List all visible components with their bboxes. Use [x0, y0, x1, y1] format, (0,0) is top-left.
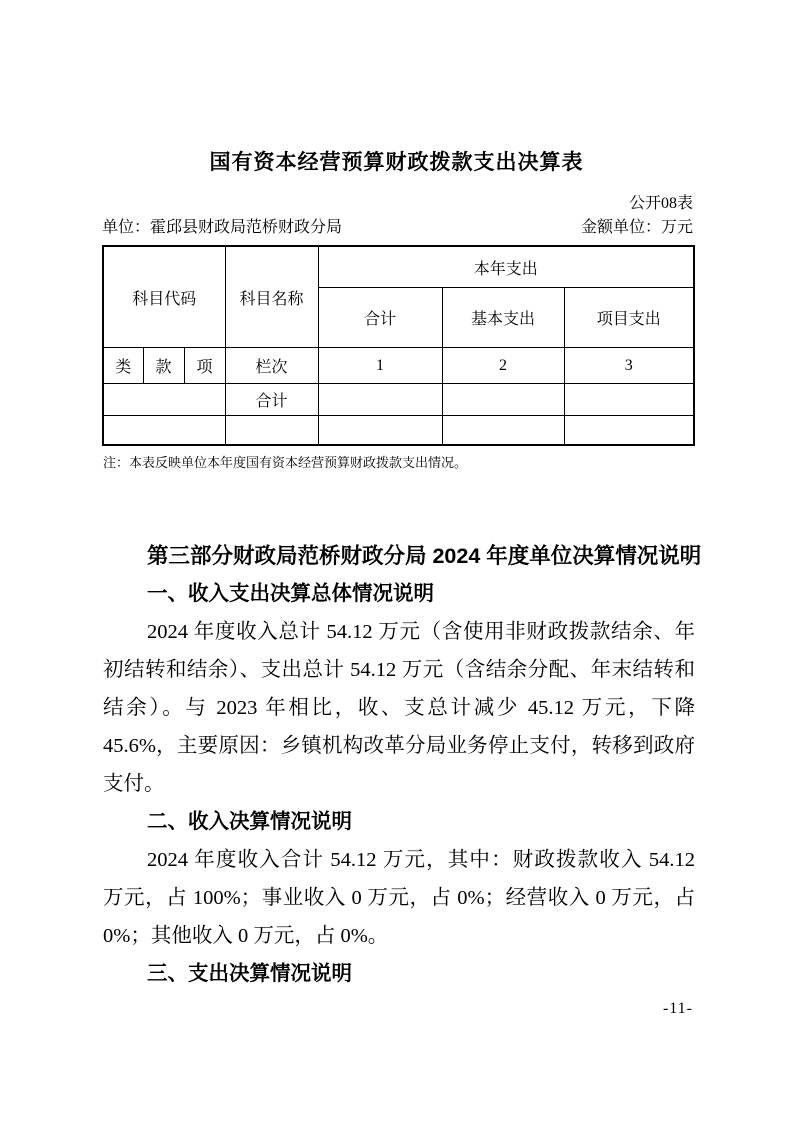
cell-row-total	[318, 416, 442, 446]
header-cell-total: 合计	[318, 288, 442, 348]
cell-col-no-1: 1	[318, 348, 442, 384]
page-number: -11-	[663, 1000, 693, 1018]
cell-col-no-3: 3	[564, 348, 694, 384]
table-row-total: 合计	[103, 384, 694, 416]
table-footnote: 注：本表反映单位本年度国有资本经营预算财政拨款支出情况。	[103, 452, 693, 471]
narrative-section: 第三部分财政局范桥财政分局 2024 年度单位决算情况说明 一、收入支出决算总体…	[103, 537, 695, 993]
table-column-index-row: 类 款 项 栏次 1 2 3	[103, 348, 694, 384]
table-row-empty	[103, 416, 694, 446]
header-cell-subject-name: 科目名称	[225, 246, 318, 348]
document-title: 国有资本经营预算财政拨款支出决算表	[0, 146, 793, 176]
cell-row-basic	[442, 384, 564, 416]
section1-paragraph: 2024 年度收入总计 54.12 万元（含使用非财政拨款结余、年初结转和结余）…	[103, 613, 695, 803]
cell-code-section: 款	[143, 348, 184, 384]
cell-row-name	[225, 416, 318, 446]
header-cell-project-expenditure: 项目支出	[564, 288, 694, 348]
cell-code-class: 类	[103, 348, 143, 384]
document-page: 国有资本经营预算财政拨款支出决算表 公开08表 单位：霍邱县财政局范桥财政分局 …	[0, 0, 793, 1122]
cell-row-basic	[442, 416, 564, 446]
cell-column-row-label: 栏次	[225, 348, 318, 384]
public-table-number-label: 公开08表	[629, 190, 693, 213]
cell-row-name: 合计	[225, 384, 318, 416]
part3-heading: 第三部分财政局范桥财政分局 2024 年度单位决算情况说明	[103, 537, 695, 575]
budget-table: 科目代码 科目名称 本年支出 合计 基本支出 项目支出 类 款 项 栏次 1 2…	[102, 245, 695, 446]
unit-name-label: 单位：霍邱县财政局范桥财政分局	[102, 214, 342, 237]
cell-row-code	[103, 416, 225, 446]
unit-info-row: 单位：霍邱县财政局范桥财政分局 金额单位：万元	[102, 214, 693, 237]
amount-unit-label: 金额单位：万元	[581, 214, 693, 237]
header-cell-basic-expenditure: 基本支出	[442, 288, 564, 348]
cell-row-code	[103, 384, 225, 416]
cell-row-project	[564, 384, 694, 416]
section1-heading: 一、收入支出决算总体情况说明	[103, 575, 695, 613]
section3-heading: 三、支出决算情况说明	[103, 955, 695, 993]
cell-col-no-2: 2	[442, 348, 564, 384]
cell-row-total	[318, 384, 442, 416]
section2-heading: 二、收入决算情况说明	[103, 803, 695, 841]
header-cell-current-year-expenditure: 本年支出	[318, 246, 694, 288]
header-cell-subject-code: 科目代码	[103, 246, 225, 348]
cell-code-item: 项	[184, 348, 225, 384]
table-header-row-1: 科目代码 科目名称 本年支出	[103, 246, 694, 288]
section2-paragraph: 2024 年度收入合计 54.12 万元，其中：财政拨款收入 54.12 万元，…	[103, 841, 695, 955]
cell-row-project	[564, 416, 694, 446]
